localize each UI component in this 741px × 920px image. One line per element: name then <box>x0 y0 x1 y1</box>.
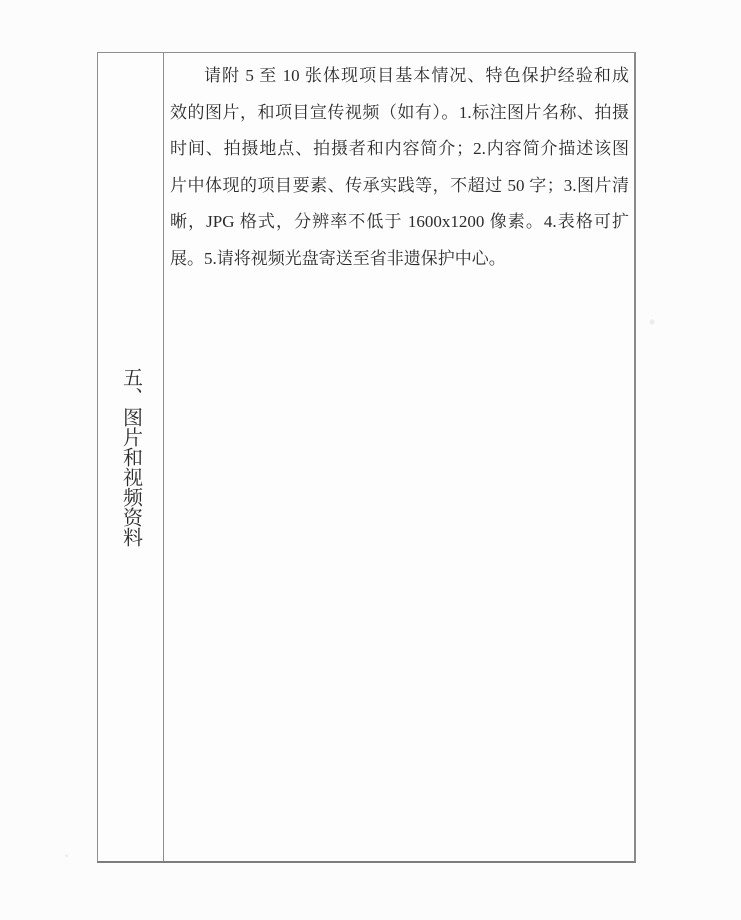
section-label-cell: 五、图片和视频资料 <box>98 53 164 861</box>
instruction-line: 请附 5 至 10 张体现项目基本情况、特色保护经验和成 <box>170 58 629 95</box>
section-label: 五、图片和视频资料 <box>120 367 142 547</box>
instruction-line: 效的图片，和项目宣传视频（如有）。1.标注图片名称、拍摄 <box>170 95 629 132</box>
instructions-cell: 请附 5 至 10 张体现项目基本情况、特色保护经验和成效的图片，和项目宣传视频… <box>164 53 634 861</box>
instructions-text: 请附 5 至 10 张体现项目基本情况、特色保护经验和成效的图片，和项目宣传视频… <box>170 58 629 278</box>
form-table-row: 五、图片和视频资料 请附 5 至 10 张体现项目基本情况、特色保护经验和成效的… <box>97 52 636 863</box>
instruction-line: 展。5.请将视频光盘寄送至省非遗保护中心。 <box>170 241 629 278</box>
instruction-line: 片中体现的项目要素、传承实践等，不超过 50 字；3.图片清 <box>170 168 629 205</box>
scanned-page: 五、图片和视频资料 请附 5 至 10 张体现项目基本情况、特色保护经验和成效的… <box>0 0 741 920</box>
instruction-line: 时间、拍摄地点、拍摄者和内容简介；2.内容简介描述该图 <box>170 131 629 168</box>
instruction-line: 晰，JPG 格式，分辨率不低于 1600x1200 像素。4.表格可扩 <box>170 204 629 241</box>
